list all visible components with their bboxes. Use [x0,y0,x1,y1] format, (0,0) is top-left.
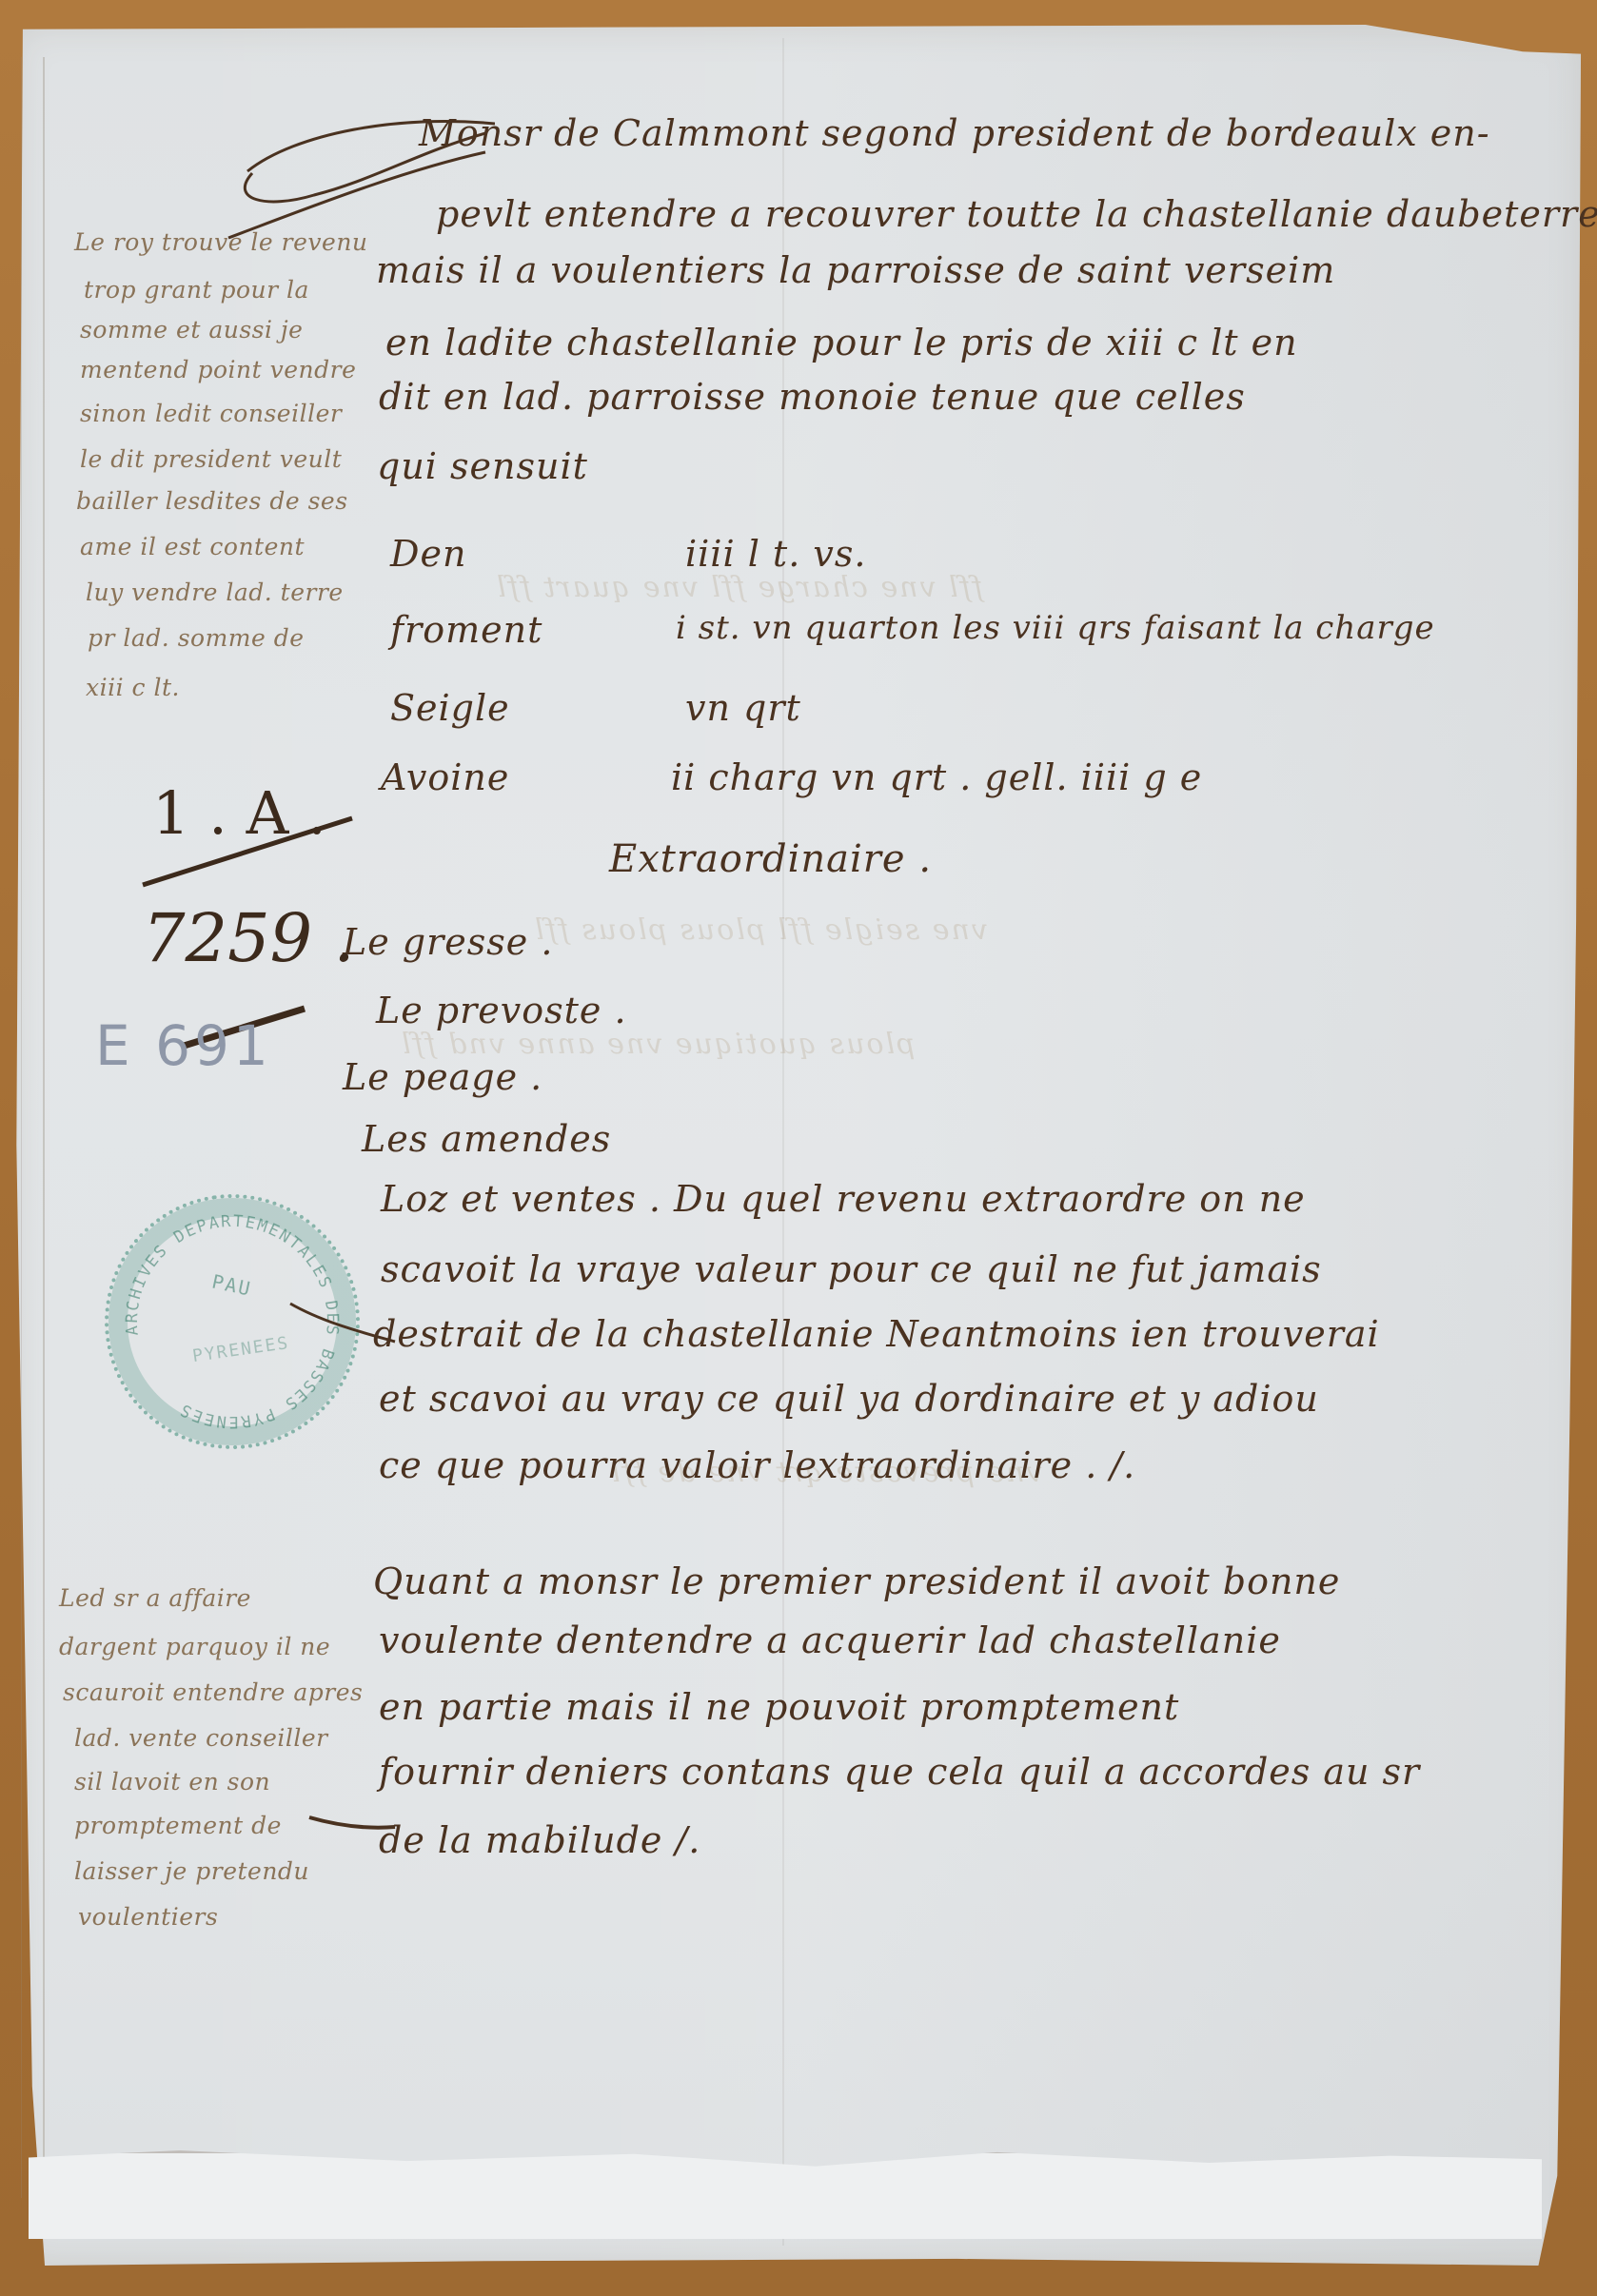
main-text-line: de la mabilude /. [379,1819,700,1861]
main-text-line: ce que pourra valoir lextraordinaire . /… [379,1444,1135,1486]
margin-note-line: xiii c lt. [86,674,180,701]
main-text-fragment: dit en lad. parroisse monoie tenue que c… [379,376,1246,418]
main-text-line: scavoit la vraye valeur pour ce quil ne … [381,1248,1322,1290]
margin-note-line: scauroit entendre apres [63,1678,363,1706]
left-fold-edge [21,57,45,2198]
main-text-line: fournir deniers contans que cela quil a … [379,1751,1420,1793]
margin-note-line: Led sr a affaire [59,1584,251,1612]
revenue-item-label: froment [390,609,542,651]
stamp-ring-text: ARCHIVES DEPARTEMENTALES DES BASSES PYRE… [92,1182,372,1462]
main-text-line: en ladite chastellanie pour le pris de x… [385,322,1298,363]
main-text-line: Monsr de Calmmont segond president de bo… [419,112,1490,154]
main-text-line: mais il a voulentiers la parroisse de sa… [376,249,1335,291]
revenue-item-label: Seigle [390,687,510,729]
margin-note-line: trop grant pour la [84,276,309,304]
extraordinaire-item: Le peage . [343,1056,542,1098]
margin-note-line: le dit president veult [80,445,342,473]
margin-note-line: pr lad. somme de [88,624,305,652]
margin-note-line: voulentiers [78,1903,218,1931]
show-through-text: vne seigle ffl plous plous ffl [533,913,988,947]
margin-note-line: promptement de [74,1812,282,1839]
show-through-text: ffl vne charge ffl vne quart ffl [495,571,983,604]
extraordinaire-item: Le gresse . [343,921,553,963]
main-text-line: qui sensuit [377,445,588,487]
main-text-line: et scavoi au vray ce quil ya dordinaire … [379,1378,1319,1420]
main-text-line: pevlt entendre a recouvrer toutte la cha… [436,193,1597,235]
revenue-item-value: ii charg vn qrt . gell. iiii g e [671,756,1202,798]
margin-note-line: sinon ledit conseiller [80,400,342,427]
revenue-item-label: Den [390,533,466,575]
svg-text:ARCHIVES DEPARTEMENTALES DES B: ARCHIVES DEPARTEMENTALES DES BASSES PYRE… [108,1198,356,1445]
archive-reference-1A: 1 . A . [152,778,326,848]
main-text-line: destrait de la chastellanie Neantmoins i… [373,1313,1380,1355]
margin-note-line: ame il est content [80,533,305,560]
margin-note-line: somme et aussi je [80,316,303,343]
archive-reference-number: 7259 . [143,899,355,977]
revenue-item-value: i st. vn quarton les viii qrs faisant la… [676,609,1435,647]
section-heading-extraordinaire: Extraordinaire . [609,837,932,881]
pencil-shelf-mark: E 691 [95,1013,272,1078]
margin-note-line: sil lavoit en son [74,1768,270,1796]
center-fold-line [782,38,784,2246]
margin-note-line: dargent parquoy il ne [59,1633,330,1660]
margin-note-line: bailler lesdites de ses [76,487,348,515]
revenue-item-value: vn qrt [685,687,801,729]
extraordinaire-item: Le prevoste . [376,990,627,1031]
margin-note-line: mentend point vendre [80,356,356,383]
main-text-line: dit en lad. parroisse monoie tenue que c… [379,376,1246,418]
main-text-line: voulente dentendre a acquerir lad chaste… [379,1619,1281,1661]
extraordinaire-item: Les amendes [362,1118,611,1160]
margin-note-line: Le roy trouve le revenu [74,228,368,256]
main-text-line: en partie mais il ne pouvoit promptement [379,1686,1179,1728]
margin-note-line: lad. vente conseiller [74,1724,328,1752]
revenue-item-label: Avoine [381,756,509,798]
main-text-line: Loz et ventes . Du quel revenu extraordr… [381,1178,1306,1220]
margin-note-line: laisser je pretendu [74,1857,309,1885]
margin-note-line: luy vendre lad. terre [86,579,344,606]
archive-stamp: ARCHIVES DEPARTEMENTALES DES BASSES PYRE… [89,1178,377,1466]
main-text-line: Quant a monsr le premier president il av… [373,1560,1340,1602]
revenue-item-value: iiii l t. vs. [685,533,866,575]
